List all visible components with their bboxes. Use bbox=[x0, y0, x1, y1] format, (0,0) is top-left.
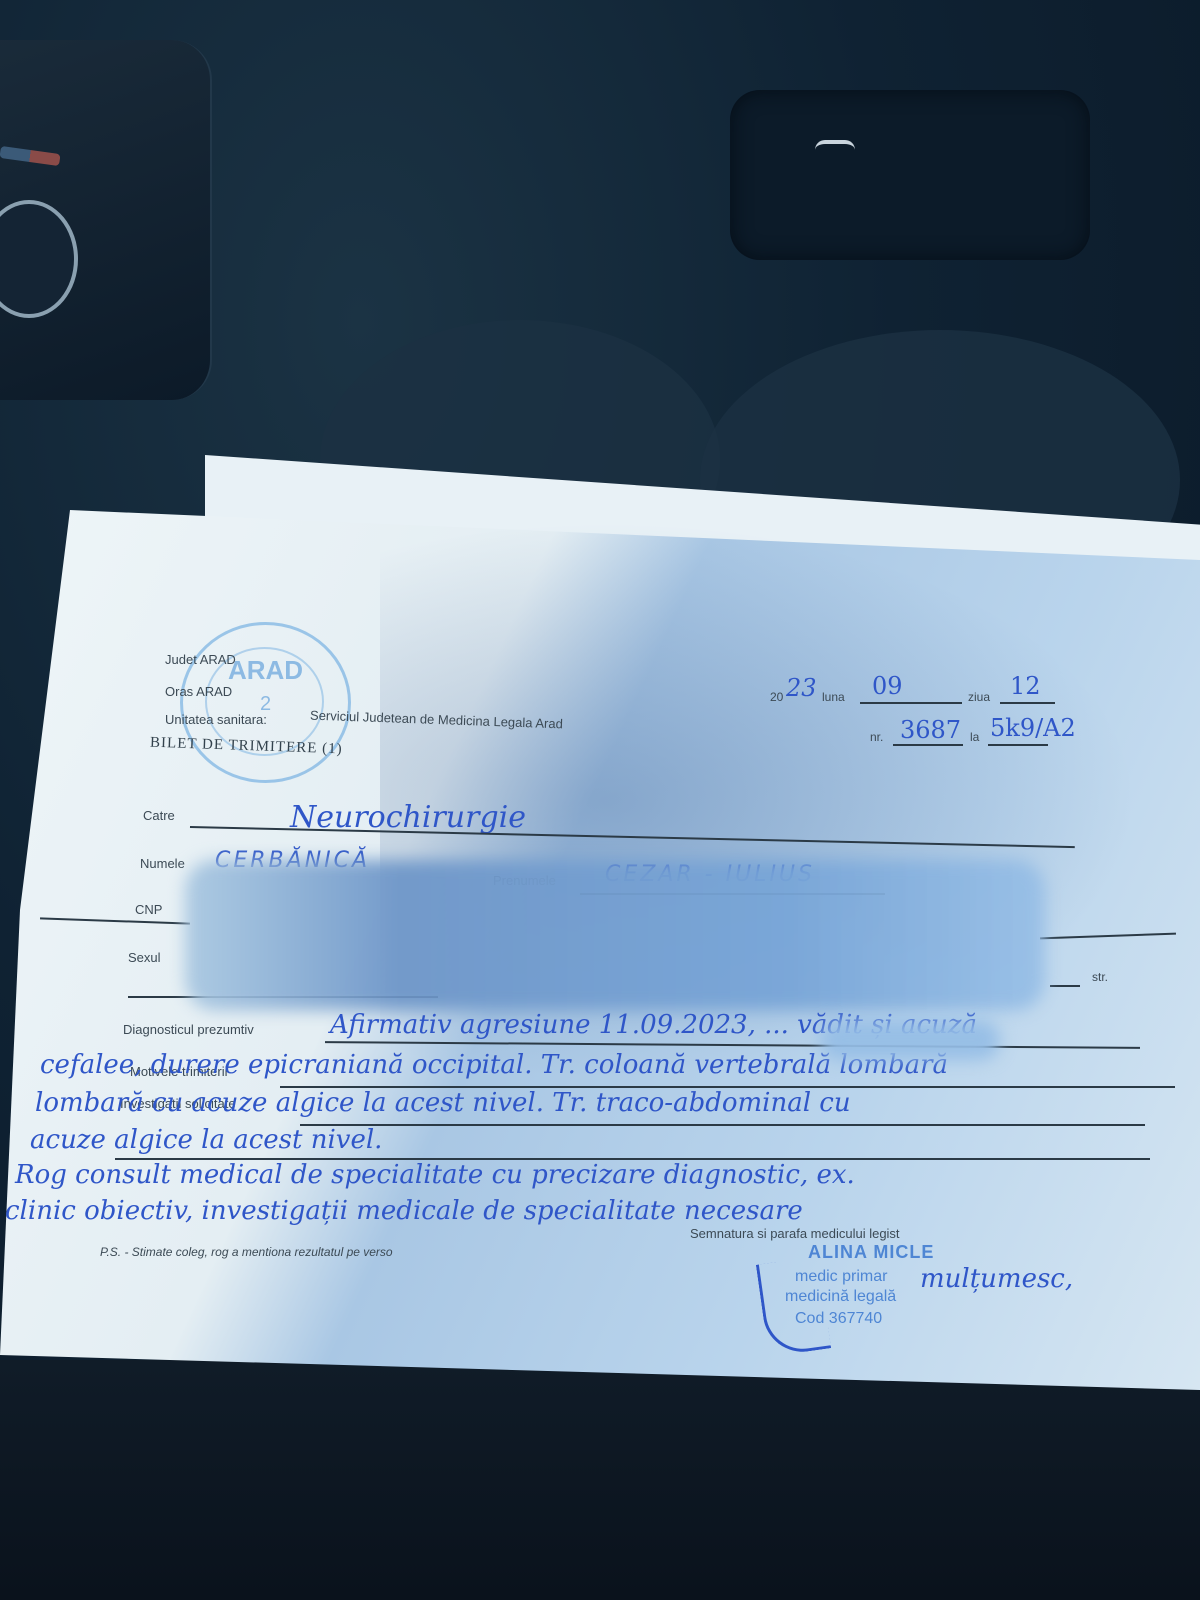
ps-note: P.S. - Stimate coleg, rog a mentiona rez… bbox=[100, 1245, 393, 1259]
handwritten-line-3: lombară cu acuze algice la acest nivel. … bbox=[35, 1088, 851, 1118]
redacted-diagnostic-fragment bbox=[820, 1020, 1000, 1060]
official-stamp: ARAD 2 bbox=[180, 622, 351, 783]
nr-underline bbox=[893, 744, 963, 746]
compartment-latch bbox=[815, 140, 855, 166]
la-underline bbox=[988, 744, 1048, 746]
month-value: 09 bbox=[872, 672, 903, 700]
year-prefix: 20 bbox=[770, 690, 783, 704]
day-value: 12 bbox=[1010, 672, 1041, 700]
nr-label: nr. bbox=[870, 730, 883, 744]
la-value: 5k9/A2 bbox=[990, 714, 1076, 742]
header-judet: Judet ARAD bbox=[165, 652, 236, 667]
day-label: ziua bbox=[968, 690, 990, 704]
investigatii-underline bbox=[300, 1124, 1145, 1126]
month-label: luna bbox=[822, 690, 845, 704]
handwritten-line-5: Rog consult medical de specialitate cu p… bbox=[15, 1160, 855, 1190]
catre-label: Catre bbox=[143, 808, 175, 823]
str-label: str. bbox=[1092, 970, 1108, 984]
handwritten-line-4: acuze algice la acest nivel. bbox=[30, 1125, 382, 1155]
sexul-label: Sexul bbox=[128, 950, 161, 965]
cnp-label: CNP bbox=[135, 902, 162, 917]
car-storage-compartment bbox=[730, 90, 1090, 260]
redacted-personal-data bbox=[185, 860, 1045, 1010]
signature-extra: mulțumesc, bbox=[920, 1264, 1073, 1294]
nr-value: 3687 bbox=[900, 716, 961, 744]
month-underline bbox=[860, 702, 962, 704]
signature-label: Semnatura si parafa medicului legist bbox=[690, 1226, 900, 1241]
year-value: 23 bbox=[786, 674, 817, 702]
numele-label: Numele bbox=[140, 856, 185, 871]
diagnostic-label: Diagnosticul prezumtiv bbox=[123, 1022, 254, 1037]
header-oras: Oras ARAD bbox=[165, 684, 232, 699]
la-label: la bbox=[970, 730, 979, 744]
handwritten-line-2: cefalee, durere epicraniană occipital. T… bbox=[40, 1050, 948, 1080]
handwritten-line-6: clinic obiectiv, investigații medicale d… bbox=[5, 1196, 803, 1226]
day-underline bbox=[1000, 702, 1055, 704]
str-underline bbox=[1050, 985, 1080, 987]
parafa-name: ALINA MICLE bbox=[808, 1242, 934, 1263]
car-floor bbox=[0, 1360, 1200, 1600]
header-unitate-label: Unitatea sanitara: bbox=[165, 712, 267, 727]
